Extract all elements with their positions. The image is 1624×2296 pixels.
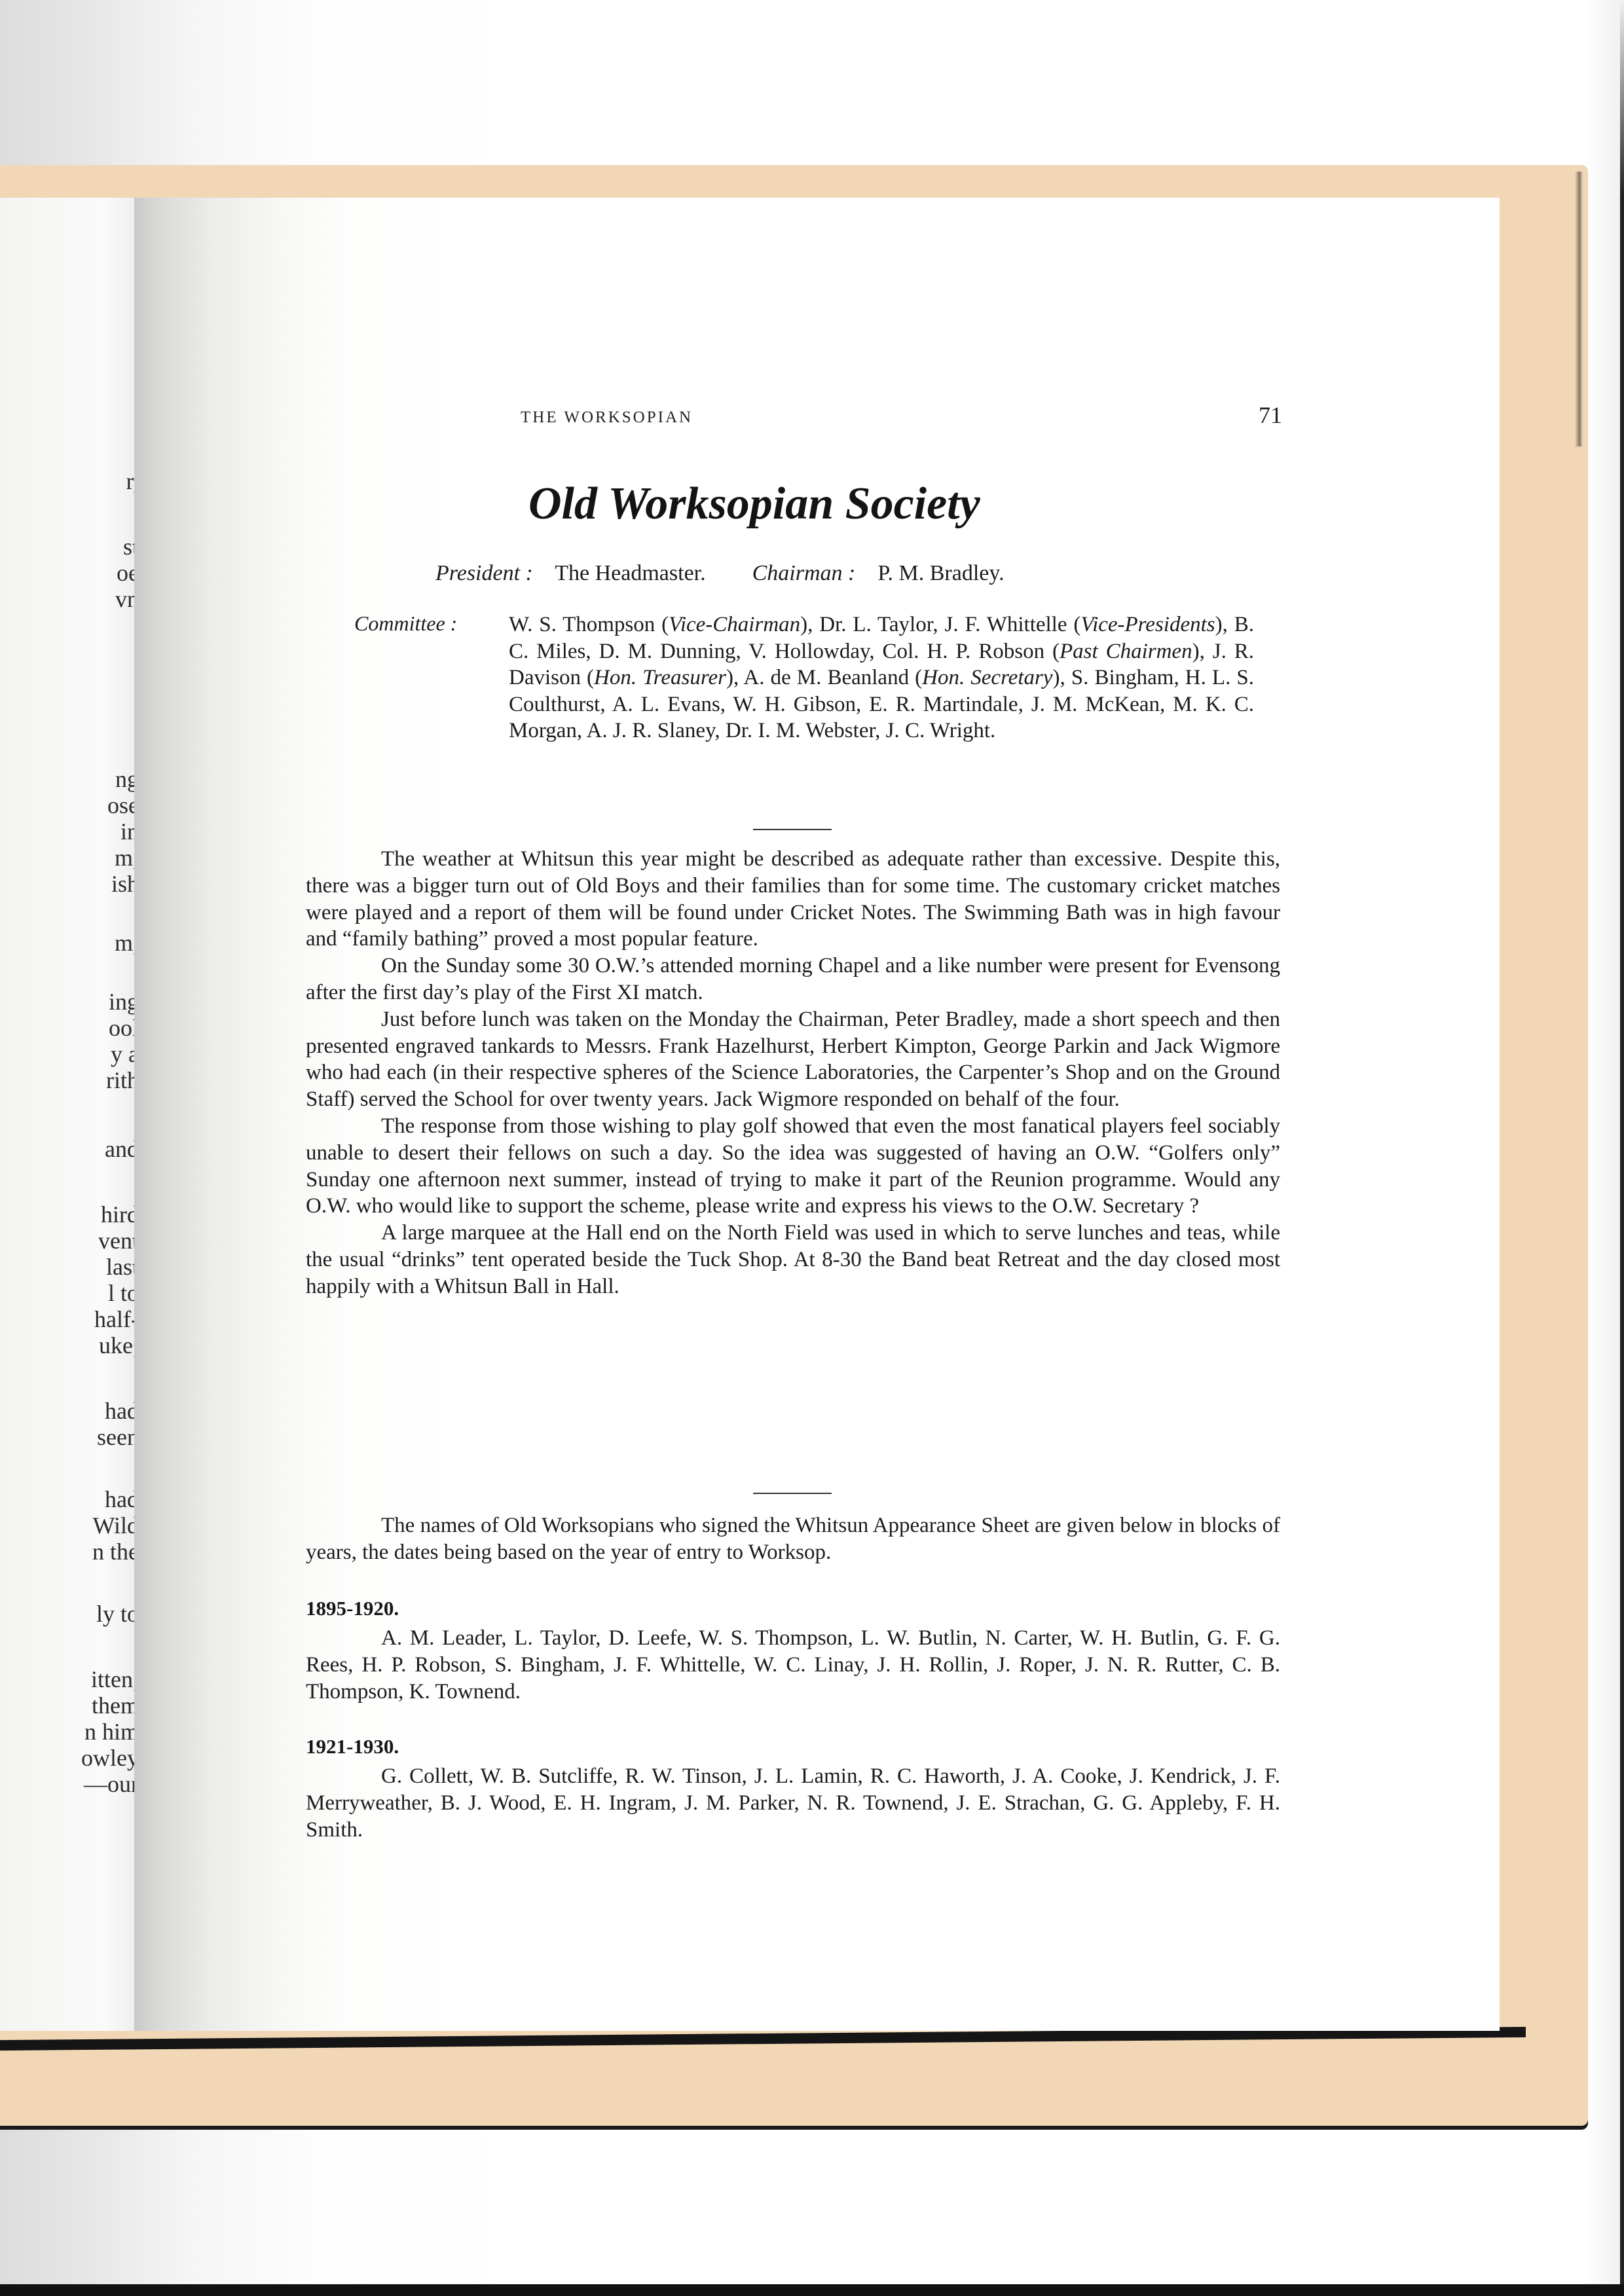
appearance-intro: The names of Old Worksopians who signed … — [306, 1512, 1280, 1566]
left-page-text-fragment: n the — [92, 1539, 139, 1565]
left-page-text-fragment: n him — [84, 1719, 139, 1745]
committee-names: W. S. Thompson ( — [509, 613, 669, 636]
committee-role: Vice-Presidents — [1080, 613, 1215, 636]
report-paragraph: The weather at Whitsun this year might b… — [306, 846, 1280, 953]
officers-line: President : The Headmaster. Chairman : P… — [435, 561, 1005, 586]
section-divider — [753, 1493, 832, 1494]
left-page-text-fragment: vent — [98, 1228, 139, 1254]
left-page-text-fragment: ly to — [96, 1601, 139, 1627]
left-page-text-fragment: owley — [81, 1745, 139, 1771]
section-divider — [753, 829, 832, 830]
year-block-names: G. Collett, W. B. Sutcliffe, R. W. Tinso… — [306, 1763, 1280, 1843]
left-page-text-fragment: hird — [101, 1201, 139, 1228]
left-page-text-fragment: them — [92, 1692, 139, 1719]
committee-members: W. S. Thompson (Vice-Chairman), Dr. L. T… — [509, 611, 1254, 744]
year-block-names: A. M. Leader, L. Taylor, D. Leefe, W. S.… — [306, 1625, 1280, 1705]
report-paragraph: Just before lunch was taken on the Monda… — [306, 1006, 1280, 1113]
report-paragraph: A large marquee at the Hall end on the N… — [306, 1220, 1280, 1300]
committee-label: Committee : — [354, 611, 457, 636]
article-title: Old Worksopian Society — [528, 478, 980, 530]
right-page: THE WORKSOPIAN 71 Old Worksopian Society… — [134, 198, 1500, 2031]
left-page-text-fragment: itten, — [91, 1666, 139, 1692]
left-page-sliver: r,stoevnngoseinm,ishm,ingooly arithandhi… — [0, 198, 157, 2031]
committee-role: Hon. Secretary — [922, 666, 1052, 689]
left-page-text-fragment: Wild — [92, 1512, 139, 1539]
running-head: THE WORKSOPIAN — [521, 409, 693, 427]
left-page-text-fragment: half- — [94, 1306, 139, 1332]
scanner-right-edge — [1620, 0, 1624, 2296]
scanner-bottom-edge — [0, 2284, 1624, 2296]
committee-role: Vice-Chairman — [669, 613, 800, 636]
report-paragraph: On the Sunday some 30 O.W.’s attended mo… — [306, 953, 1280, 1006]
committee-role: Past Chairmen — [1060, 640, 1192, 663]
year-block-heading: 1895-1920. — [306, 1597, 399, 1620]
year-block-heading: 1921-1930. — [306, 1735, 399, 1758]
president-label: President : — [435, 561, 533, 585]
committee-names: ), Dr. L. Taylor, J. F. Whittelle ( — [800, 613, 1080, 636]
chairman-label: Chairman : — [752, 561, 856, 585]
report-paragraph: The response from those wishing to play … — [306, 1113, 1280, 1220]
president-value: The Headmaster. — [555, 561, 705, 585]
report-body: The weather at Whitsun this year might b… — [306, 846, 1280, 1300]
left-page-text-fragment: —our — [84, 1771, 139, 1797]
committee-role: Hon. Treasurer — [594, 666, 726, 689]
left-page-text-fragment: uke, — [99, 1332, 139, 1358]
appearance-intro-text: The names of Old Worksopians who signed … — [306, 1512, 1280, 1566]
left-page-text-fragment: seen — [97, 1424, 139, 1450]
page-number: 71 — [1259, 401, 1282, 429]
cover-right-wear — [1575, 172, 1583, 446]
chairman-value: P. M. Bradley. — [877, 561, 1004, 585]
committee-names: ), A. de M. Beanland ( — [726, 666, 922, 689]
